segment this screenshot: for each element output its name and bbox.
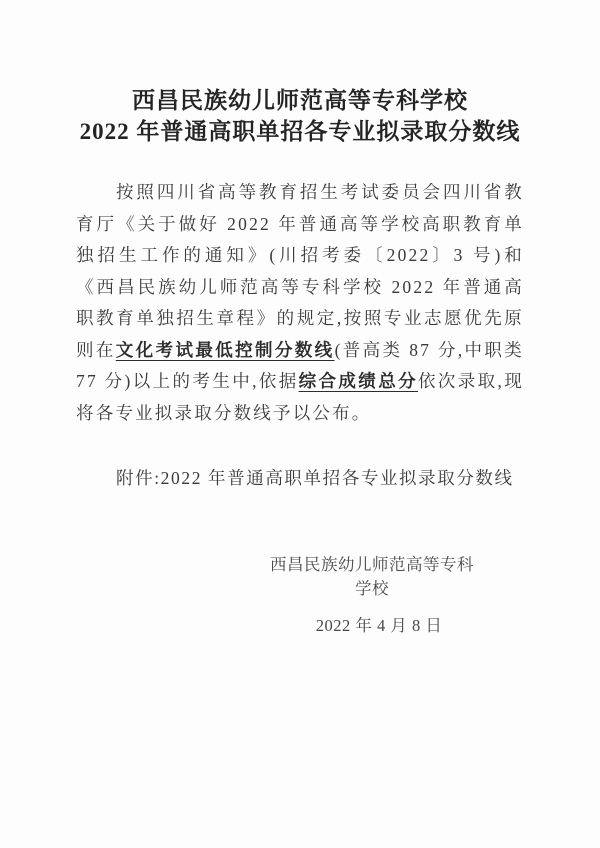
document-title-line-2: 2022 年普通高职单招各专业拟录取分数线 xyxy=(76,116,524,147)
body-text: 按照四川省高等教育招生考试委员会四川省教育厅《关于做好 2022 年普通高等学校… xyxy=(76,182,524,360)
document-page: 西昌民族幼儿师范高等专科学校 2022 年普通高职单招各专业拟录取分数线 按照四… xyxy=(0,0,600,848)
emphasized-text: 综合成绩总分 xyxy=(299,371,418,391)
signature-organization: 西昌民族幼儿师范高等专科学校 xyxy=(264,553,480,601)
signature-block: 西昌民族幼儿师范高等专科学校 2022 年 4 月 8 日 xyxy=(264,553,480,638)
emphasized-text: 文化考试最低控制分数线 xyxy=(116,340,335,360)
body-paragraph: 按照四川省高等教育招生考试委员会四川省教育厅《关于做好 2022 年普通高等学校… xyxy=(76,177,524,429)
signature-date: 2022 年 4 月 8 日 xyxy=(264,614,480,638)
document-title-line-1: 西昌民族幼儿师范高等专科学校 xyxy=(76,85,524,116)
attachment-line: 附件:2022 年普通高职单招各专业拟录取分数线 xyxy=(76,465,524,491)
document-title: 西昌民族幼儿师范高等专科学校 2022 年普通高职单招各专业拟录取分数线 xyxy=(76,85,524,147)
